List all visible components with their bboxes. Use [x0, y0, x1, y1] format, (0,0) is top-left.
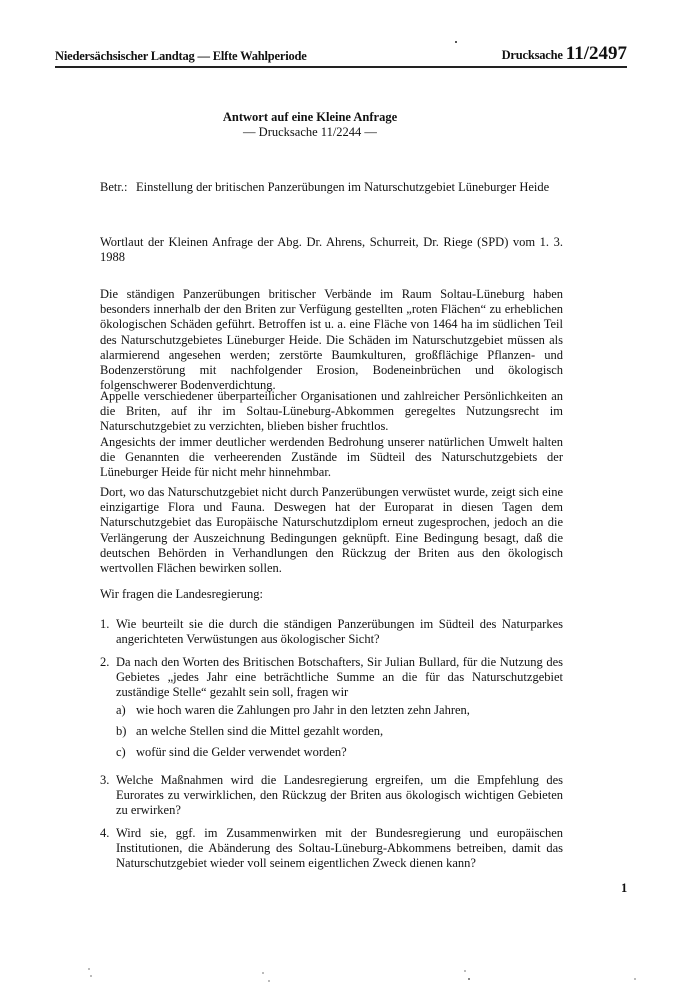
- question-item: 2. Da nach den Worten des Britischen Bot…: [100, 655, 563, 701]
- page-header: Niedersächsischer Landtag — Elfte Wahlpe…: [55, 43, 627, 65]
- question-number: 1.: [100, 617, 116, 647]
- paragraph: Dort, wo das Naturschutzgebiet nicht dur…: [100, 485, 563, 576]
- question-text: Welche Maßnahmen wird die Landesregierun…: [116, 773, 563, 819]
- sub-question: b) an welche Stellen sind die Mittel gez…: [116, 724, 563, 739]
- paragraph: Die ständigen Panzerübungen britischer V…: [100, 287, 563, 393]
- scan-artifact: [468, 978, 470, 980]
- question-item: 3. Welche Maßnahmen wird die Landesregie…: [100, 773, 563, 819]
- scan-artifact: [455, 41, 457, 43]
- scan-artifact: [90, 975, 92, 977]
- document-number: Drucksache11/2497: [502, 43, 627, 65]
- sub-question: c) wofür sind die Gelder verwendet worde…: [116, 745, 563, 760]
- page-number: 1: [621, 881, 627, 896]
- sub-question-letter: a): [116, 703, 136, 718]
- title-line: Antwort auf eine Kleine Anfrage: [200, 110, 420, 125]
- question-number: 2.: [100, 655, 116, 701]
- paragraph: Angesichts der immer deutlicher werdende…: [100, 435, 563, 481]
- question-text: Da nach den Worten des Britischen Botsch…: [116, 655, 563, 701]
- paragraph: Appelle verschiedener überparteilicher O…: [100, 389, 563, 435]
- subject-label: Betr.:: [100, 180, 136, 195]
- question-number: 4.: [100, 826, 116, 872]
- question-item: 4. Wird sie, ggf. im Zusammenwirken mit …: [100, 826, 563, 872]
- document-title: Antwort auf eine Kleine Anfrage — Drucks…: [200, 110, 420, 140]
- questions-intro: Wir fragen die Landesregierung:: [100, 587, 563, 602]
- scan-artifact: [88, 968, 90, 970]
- header-divider: [55, 66, 627, 68]
- subject-line: Betr.: Einstellung der britischen Panzer…: [100, 180, 563, 195]
- scan-artifact: [262, 972, 264, 974]
- document-number-value: 11/2497: [566, 43, 627, 64]
- sub-question-text: an welche Stellen sind die Mittel gezahl…: [136, 724, 383, 739]
- reference-line: — Drucksache 11/2244 —: [200, 125, 420, 140]
- question-number: 3.: [100, 773, 116, 819]
- sub-question-text: wofür sind die Gelder verwendet worden?: [136, 745, 347, 760]
- question-item: 1. Wie beurteilt sie die durch die ständ…: [100, 617, 563, 647]
- sub-question-letter: b): [116, 724, 136, 739]
- scan-artifact: [464, 970, 466, 972]
- question-text: Wie beurteilt sie die durch die ständige…: [116, 617, 563, 647]
- sub-question-letter: c): [116, 745, 136, 760]
- subject-text: Einstellung der britischen Panzerübungen…: [136, 180, 563, 195]
- inquiry-intro: Wortlaut der Kleinen Anfrage der Abg. Dr…: [100, 235, 563, 265]
- scan-artifact: [634, 978, 636, 980]
- scan-artifact: [268, 980, 270, 982]
- document-number-label: Drucksache: [502, 48, 563, 62]
- sub-question-text: wie hoch waren die Zahlungen pro Jahr in…: [136, 703, 470, 718]
- question-text: Wird sie, ggf. im Zusammenwirken mit der…: [116, 826, 563, 872]
- parliament-title: Niedersächsischer Landtag — Elfte Wahlpe…: [55, 49, 307, 64]
- sub-question: a) wie hoch waren die Zahlungen pro Jahr…: [116, 703, 563, 718]
